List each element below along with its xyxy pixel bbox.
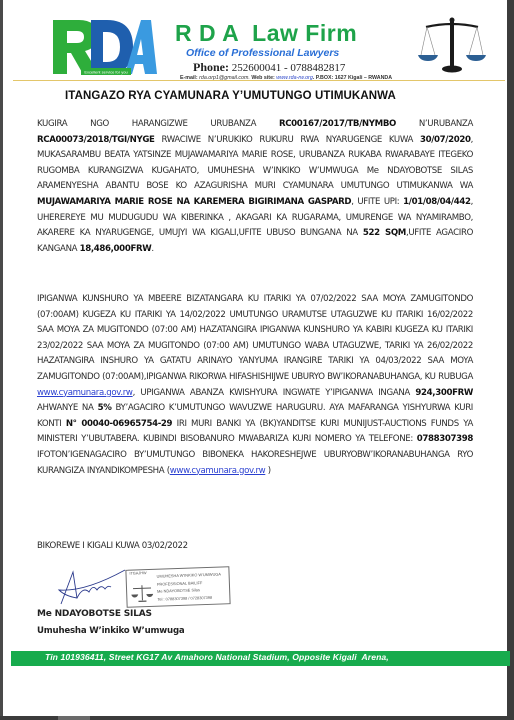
document-title: ITANGAZO RYA CYAMUNARA Y’UMUTUNGO UTIMUK… (65, 90, 396, 102)
firm-phone: Phone: 252600041 - 0788482817 (193, 60, 345, 75)
footer-address-bar: Tin 101936411, Street KG17 Av Amahoro Na… (11, 651, 510, 666)
auction-site-link[interactable]: www.cyamunara.gov.rw (37, 388, 133, 398)
signature (55, 568, 129, 608)
document-page: Excellent service for you R D A Law Firm… (0, 0, 507, 716)
bank-account-number: 00040-06965754-29 (77, 419, 173, 429)
property-upi: 1/01/08/04/442 (403, 197, 470, 207)
property-area: 522 SQM (363, 228, 406, 238)
paragraph-case-details: KUGIRA NGO HARANGIZWE URUBANZA RC00167/2… (37, 117, 473, 257)
property-owners: MUJAWAMARIYA MARIE ROSE NA KAREMERA BIGI… (37, 197, 351, 207)
deposit-amount: 924,300FRW (415, 388, 473, 398)
property-value: 18,486,000FRW (80, 244, 152, 254)
case-number-2: RCA00073/2018/TGI/NYGE (37, 135, 155, 145)
auction-site-link-2[interactable]: www.cyamunara.gov.rw (170, 466, 266, 476)
footer-address: Tin 101936411, Street KG17 Av Amahoro Na… (45, 652, 389, 662)
firm-name: R D A Law Firm (175, 20, 357, 47)
deposit-percent: 5% (98, 403, 112, 413)
place-and-date: BIKOREWE I KIGALI KUWA 03/02/2022 (37, 539, 473, 555)
firm-subtitle: Office of Professional Lawyers (186, 47, 339, 59)
official-stamp: ITGAJHW UMUHESHA W'INKIKO W'UMWUGA PROFE… (125, 566, 230, 608)
scales-of-justice-icon (418, 17, 486, 75)
letterhead-divider (13, 80, 505, 81)
stamp-scales-icon (131, 584, 154, 603)
page-scroll-tab[interactable] (58, 716, 90, 720)
rda-logo: Excellent service for you (51, 18, 157, 76)
contact-phone: 0788307398 (417, 434, 473, 444)
svg-text:Excellent service for you: Excellent service for you (84, 70, 127, 75)
judgment-date: 30/07/2020 (420, 135, 471, 145)
signatory-name: Me NDAYOBOTSE SILAS (37, 609, 152, 619)
paragraph-auction-terms: IPIGANWA KUNSHURO YA MBEERE BIZATANGARA … (37, 292, 473, 479)
case-number-1: RC00167/2017/TB/NYMBO (279, 119, 396, 129)
signatory-title: Umuhesha W’inkiko W’umwuga (37, 626, 185, 636)
